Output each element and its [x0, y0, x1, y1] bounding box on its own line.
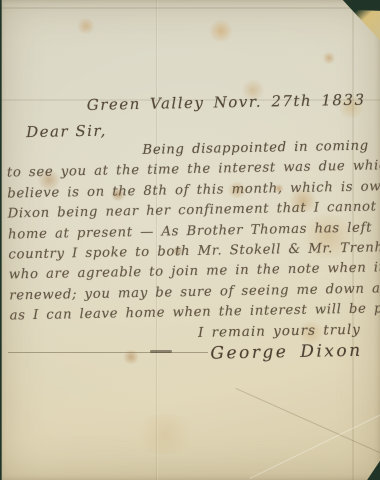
letter-text: Green Valley Novr. 27th 1833 Dear Sir, B…: [5, 91, 374, 368]
stain: [208, 20, 234, 42]
dateline: Green Valley Novr. 27th 1833: [5, 91, 369, 116]
letter-paper: Green Valley Novr. 27th 1833 Dear Sir, B…: [0, 0, 380, 480]
crease-diagonal: [236, 388, 380, 474]
signature: George Dixon: [10, 340, 374, 367]
stain: [130, 414, 200, 454]
stain: [322, 52, 336, 64]
letter-body: Being disappointed in coming to see you …: [6, 137, 373, 328]
stain: [76, 18, 96, 34]
crease-horizontal: [0, 7, 380, 9]
crease-diagonal: [250, 408, 380, 479]
letter-scan: Green Valley Novr. 27th 1833 Dear Sir, B…: [0, 0, 380, 480]
